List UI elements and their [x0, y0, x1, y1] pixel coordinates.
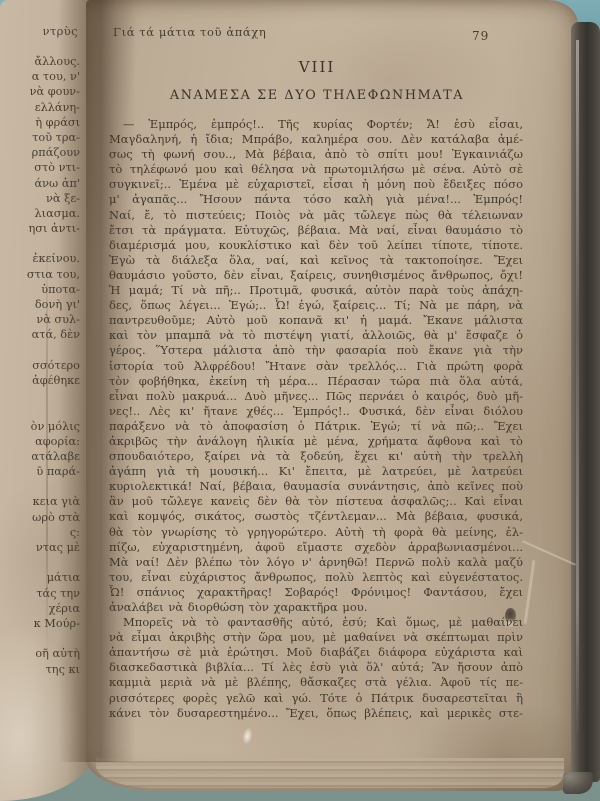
body-line: παράξενο νὰ τὸ ἀποφασίση ὁ Πάτρικ. Ἐγώ; … — [109, 419, 523, 434]
body-line: καὶ κομψός, σικάτος, σωστὸς τζέντλεμαν..… — [109, 509, 523, 524]
body-line: διαμέρισμά μου, κουκλίστικο καὶ δὲν τοῦ … — [109, 238, 523, 253]
body-line: Ὦ! σπάνιος χαρακτῆρας! Σοβαρός! Φρόνιμος… — [109, 585, 523, 600]
body-line: Μὰ ναί! Δὲν βλέπω τὸν λόγο ν' ἀρνηθῶ! Πε… — [109, 555, 523, 570]
body-line: ἀγάπη γιὰ τὴ μουσική... Κι' ἔπειτα, μὲ λ… — [109, 464, 523, 479]
chapter-title: ΑΝΑΜΕΣΑ ΣΕ ΔΥΟ ΤΗΛΕΦΩΝΗΜΑΤΑ — [110, 88, 524, 103]
body-line: Ἐγὼ τὰ διάλεξα ὅλα, ναί, καὶ κεῖνος τὰ τ… — [109, 253, 523, 268]
body-line: γέρος. Ὕστερα μάλιστα ἀπὸ τὴν φασαρία πο… — [109, 343, 523, 358]
body-line: νες!.. Λὲς κι' ἤτανε χθές... Ἐμπρός!.. Φ… — [109, 404, 523, 419]
body-line: μ' ἀγαπᾶς... Ἤσουν πάντα τόσο καλὴ γιὰ μ… — [109, 192, 523, 207]
body-line: ἀναλάβει νὰ διορθώση τὸν χαρακτῆρα μου. — [109, 600, 523, 615]
body-line: θαυμάσιο γοῦστο, δὲν εἶναι, ξαίρεις, συν… — [109, 268, 523, 283]
body-line: διασκεδαστικὰ βιβλία... Τί λὲς ἐσὺ γιὰ ὅ… — [109, 660, 523, 675]
body-line: ρισσότερες φορὲς γελῶ καὶ γώ. Τότε ὁ Πάτ… — [109, 691, 523, 706]
body-line: ἂν μοῦ τὤλεγε κανεὶς δὲν θὰ τὸν πίστευα … — [109, 494, 523, 509]
running-title: Γιά τά μάτια τοῦ ἀπάχη — [113, 25, 373, 39]
body-line: κάνει τὸν δυσαρεστημένο... Ἔχει, ὅπως βλ… — [109, 706, 523, 721]
body-text: — Ἐμπρός, ἐμπρός!.. Τῆς κυρίας Φορτέν; Ἄ… — [109, 117, 523, 721]
body-line: σπουδαιότερο, ξαίρει νὰ τὰ ξοδεύη, ἔχει … — [109, 449, 523, 464]
body-line: καὶ τὸν μπαμπᾶ νὰ τὸ πιστέψη γιατί, ἀλλο… — [109, 328, 523, 343]
body-line: τὸν φοβήθηκα, ἐκείνη τὴ μέρα... Πέρασαν … — [109, 374, 523, 389]
body-line: καμμιὰ μεριὰ νὰ μὲ βλέπης, θἄσκαζες στὰ … — [109, 675, 523, 690]
body-line: ἀπαντήσω σὲ μιὰ ἐρώτησι. Μοῦ διαβάζει δι… — [109, 645, 523, 660]
body-line: Μαγδαληνή, ἡ ἴδια; Μπράβο, καλημέρα σου.… — [109, 132, 523, 147]
body-line: σως τὴ φωνή σου.., Μὰ βέβαια, ἀπὸ τὸ σπί… — [109, 147, 523, 162]
book-photo: ντρὺς ἄλλους.α του, ν'νὰ φουν-ελλάνη-ὴ φ… — [0, 0, 600, 801]
body-line: παντρευθοῦμε; Αὐτὸ μοῦ κοπανᾶ κι' ἡ μαμά… — [109, 313, 523, 328]
chapter-numeral: VIII — [110, 58, 524, 76]
body-line: — Ἐμπρός, ἐμπρός!.. Τῆς κυρίας Φορτέν; Ἄ… — [109, 117, 523, 132]
body-line: πίζω, εὐχαριστημένη, ἀφοῦ εἴμαστε σχεδὸν… — [109, 540, 523, 555]
body-line: του, εἶναι εὐχάριστος ἄνθρωπος, πολὺ λεπ… — [109, 570, 523, 585]
body-line: Ναί, ἔ, τὸ πιστεύεις; Ποιὸς νὰ μᾶς τὤλεγ… — [109, 208, 523, 223]
printed-content: Γιά τά μάτια τοῦ ἀπάχη 79 VIII ΑΝΑΜΕΣΑ Σ… — [0, 0, 600, 801]
body-line: ἀκριβῶς τὴν ἀνάλογη ἡλικία μὲ μένα, χρήμ… — [109, 434, 523, 449]
body-line: εἶναι πολὺ μακρυά... Δυὸ μῆνες... Πῶς πε… — [109, 389, 523, 404]
body-line: Ἡ μαμά; Τί νὰ πῆ;.. Προτιμᾶ, φυσικά, αὐτ… — [109, 283, 523, 298]
body-line: θὰ τὸν γνωρίσης τὸ γρηγορώτερο. Αὐτὴ τὴ … — [109, 525, 523, 540]
body-line: κυριολεκτικά! Ναί, βέβαια, θαυμασία συνά… — [109, 479, 523, 494]
body-line: ἱστορία τοῦ Ἀλφρέδου! Ἤτανε σὰν τρελλός.… — [109, 359, 523, 374]
body-line: συγκινεῖ;.. Ἐμένα μὲ εὐχαριστεῖ, εἶσαι ἡ… — [109, 177, 523, 192]
body-line: Μπορεῖς νὰ τὸ φαντασθῆς αὐτό, ἐσύ; Καὶ ὅ… — [109, 615, 523, 630]
body-line: τὸ τηλέφωνό μου καὶ θέλησα νὰ πρωτομιλήσ… — [109, 162, 523, 177]
body-line: νὰ εἶμαι ἀκριβὴς στὴν ὥρα μου, μὲ μαθαίν… — [109, 630, 523, 645]
body-line: ἔτσι τὰ πράγματα. Εὐτυχῶς, βέβαια. Μὰ να… — [109, 223, 523, 238]
page-number: 79 — [472, 29, 512, 43]
body-line: δες, ὅπως λέγει... Ἐγώ;.. Ὦ! ἐγώ, ξαίρει… — [109, 298, 523, 313]
